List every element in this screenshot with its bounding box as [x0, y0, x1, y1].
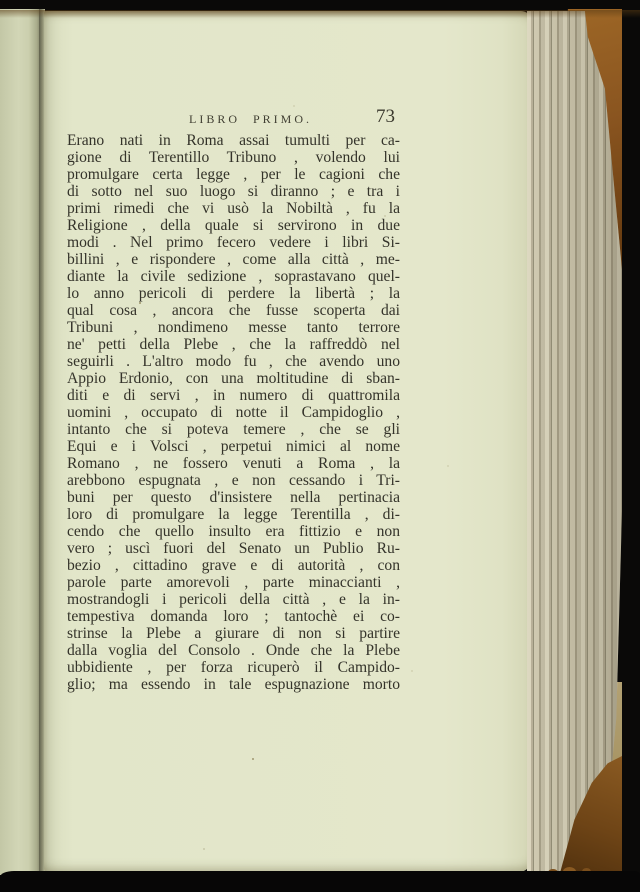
text-line: ubbidiente , per forza ricuperò il Campi…: [67, 659, 400, 676]
text-line: arebbono espugnata , e non cessando i Tr…: [67, 472, 400, 489]
text-line: tempestiva domanda loro ; tantochè ei co…: [67, 608, 400, 625]
text-line: mostrandogli i pericoli della città , e …: [67, 591, 400, 608]
text-line: modi . Nel primo fecero vedere i libri S…: [67, 234, 400, 251]
text-line: glio; ma essendo in tale espugnazione mo…: [67, 676, 400, 693]
text-line: Erano nati in Roma assai tumulti per ca-: [67, 132, 400, 149]
text-line: vero ; uscì fuori del Senato un Publio R…: [67, 540, 400, 557]
bottom-frame: [0, 871, 640, 892]
page-header: LIBRO PRIMO. 73: [67, 108, 399, 130]
text-line: Equi e i Volsci , perpetui nimici al nom…: [67, 438, 400, 455]
text-line: promulgare certa legge , per le cagioni …: [67, 166, 400, 183]
text-line: strinse la Plebe a giurare di non si par…: [67, 625, 400, 642]
text-line: billini , e rispondere , come alla città…: [67, 251, 400, 268]
text-line: uomini , occupato di notte il Campidogli…: [67, 404, 400, 421]
text-line: ne' petti della Plebe , che la raffreddò…: [67, 336, 400, 353]
text-line: qual cosa , ancora che fusse scoperta da…: [67, 302, 400, 319]
text-line: loro di promulgare la legge Terentilla ,…: [67, 506, 400, 523]
page-body: Erano nati in Roma assai tumulti per ca-…: [67, 132, 400, 693]
text-line: parole parte amorevoli , parte minaccian…: [67, 574, 400, 591]
text-line: intanto che si poteva temere , che se gl…: [67, 421, 400, 438]
text-line: cendo che quello insulto era fittizio e …: [67, 523, 400, 540]
book-scan-photo: LIBRO PRIMO. 73 Erano nati in Roma assai…: [0, 0, 640, 892]
running-title: LIBRO PRIMO.: [189, 112, 312, 127]
text-line: diti e di servi , in numero di quattromi…: [67, 387, 400, 404]
text-line: bezio , cittadino grave e di autorità , …: [67, 557, 400, 574]
text-line: primi rimedi che vi usò la Nobiltà , fu …: [67, 200, 400, 217]
text-line: Appio Erdonio, con una moltitudine di sb…: [67, 370, 400, 387]
text-line: Tribuni , nondimeno messe tanto terrore: [67, 319, 400, 336]
facing-page-edge: [0, 9, 41, 875]
text-line: Romano , ne fossero venuti a Roma , la: [67, 455, 400, 472]
text-line: lo anno pericoli di perdere la libertà ;…: [67, 285, 400, 302]
fore-edge-page-stack: [527, 11, 622, 873]
text-line: gione di Terentillo Tribuno , volendo lu…: [67, 149, 400, 166]
text-line: di sotto nel suo luogo si diranno ; e tr…: [67, 183, 400, 200]
text-line: seguirli . L'altro modo fu , che avendo …: [67, 353, 400, 370]
text-line: Religione , della quale si servirono in …: [67, 217, 400, 234]
text-line: dalla voglia del Consolo . Onde che la P…: [67, 642, 400, 659]
text-line: diante la civile sedizione , soprastavan…: [67, 268, 400, 285]
page-number: 73: [376, 106, 395, 128]
text-line: buni per questo d'insistere nella pertin…: [67, 489, 400, 506]
